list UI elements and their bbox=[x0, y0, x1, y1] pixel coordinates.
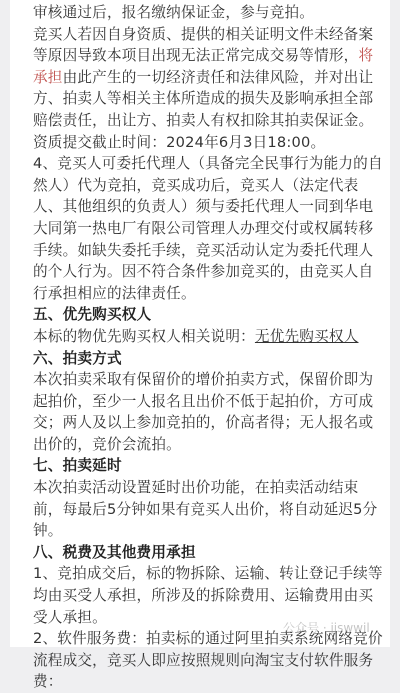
paragraph-agent: 4、竞买人可委托代理人（具备完全民事行为能力的自然人）代为竞拍，竞买成功后，竞买… bbox=[33, 153, 385, 304]
paragraph-review-pass: 审核通过后，报名缴纳保证金，参与竞拍。 bbox=[33, 2, 385, 24]
article-body: 审核通过后，报名缴纳保证金，参与竞拍。 竞买人若因自身资质、提供的相关证明文件未… bbox=[33, 2, 385, 647]
section-heading-fees: 八、税费及其他费用承担 bbox=[33, 542, 385, 564]
watermark-text: 公众号 · jjswwjl bbox=[283, 619, 370, 636]
article-card: 审核通过后，报名缴纳保证金，参与竞拍。 竞买人若因自身资质、提供的相关证明文件未… bbox=[10, 0, 390, 647]
paragraph-deadline: 资质提交截止时间：2024年6月3日18:00。 bbox=[33, 132, 385, 154]
paragraph-bidder-liability: 竞买人若因自身资质、提供的相关证明文件未经备案等原因导致本项目出现无法正常完成交… bbox=[33, 24, 385, 132]
priority-value: 无优先购买权人 bbox=[255, 328, 359, 345]
paragraph-auction-delay: 本次拍卖活动设置延时出价功能，在拍卖活动结束前，每最后5分钟如果有竞买人出价，将… bbox=[33, 477, 385, 542]
section-heading-priority: 五、优先购买权人 bbox=[33, 304, 385, 326]
priority-label: 本标的物优先购买权人相关说明： bbox=[33, 328, 255, 345]
liability-text-b: 由此产生的一切经济责任和法律风险，并对出让方、拍卖人等相关主体所造成的损失及影响… bbox=[33, 69, 373, 129]
section-heading-auction-method: 六、拍卖方式 bbox=[33, 348, 385, 370]
paragraph-auction-method: 本次拍卖采取有保留价的增价拍卖方式，保留价即为起拍价，至少一人报名且出价不低于起… bbox=[33, 369, 385, 455]
paragraph-priority: 本标的物优先购买权人相关说明：无优先购买权人 bbox=[33, 326, 385, 348]
section-heading-auction-delay: 七、拍卖延时 bbox=[33, 455, 385, 477]
liability-text-a: 竞买人若因自身资质、提供的相关证明文件未经备案等原因导致本项目出现无法正常完成交… bbox=[33, 26, 373, 65]
